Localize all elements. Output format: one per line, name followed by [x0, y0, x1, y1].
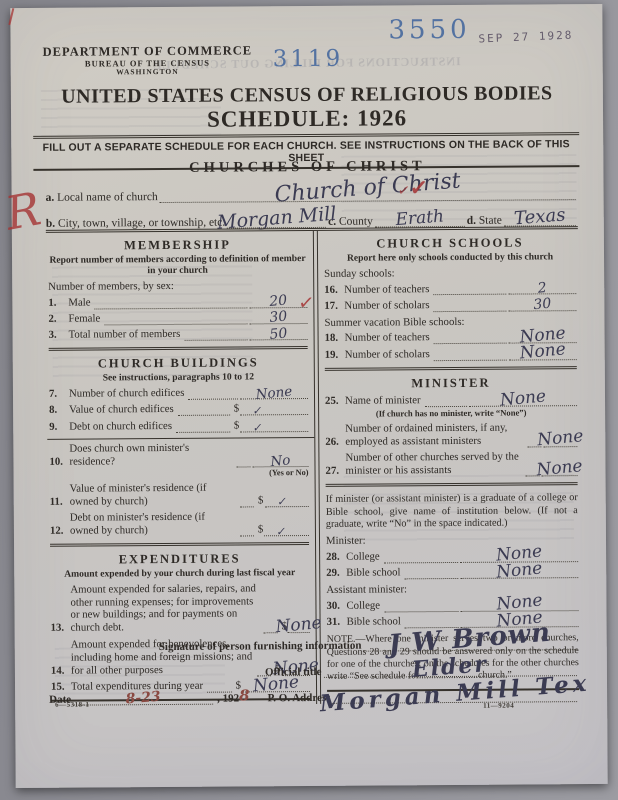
- field-a-label: Local name of church: [57, 191, 158, 204]
- row-minister-bible-school: 29. Bible school None: [326, 565, 578, 580]
- summer-scholars-value: None: [519, 340, 567, 365]
- minister-name-value: None: [499, 386, 547, 411]
- row-edifices-number: 7. Number of church edifices None: [49, 386, 308, 401]
- scanned-census-schedule: INSTRUCTIONS FOR FILLING OUT SCHEDULE 35…: [10, 4, 607, 788]
- row-ordained-ministers: 26. Number of ordained ministers, if any…: [325, 421, 577, 449]
- field-d-label: State: [479, 215, 502, 227]
- total-members-answer-line: 50: [250, 337, 308, 340]
- serial-number-stamp-top: 3550: [388, 15, 470, 46]
- female-answer-line: 30: [249, 321, 307, 324]
- total-members-value: 50: [269, 325, 288, 343]
- form-number-right: 11—9204: [483, 702, 514, 710]
- residence-debt-tick: ✓: [276, 525, 286, 539]
- sunday-teachers-value: 2: [537, 280, 547, 298]
- left-column: MEMBERSHIP Report number of members acco…: [46, 231, 317, 706]
- section-membership: MEMBERSHIP Report number of members acco…: [48, 231, 308, 351]
- schools-heading: CHURCH SCHOOLS: [324, 235, 576, 252]
- row-edifices-value: 8. Value of church edifices $ ✓: [49, 402, 308, 417]
- membership-subheading: Report number of members according to de…: [48, 253, 307, 277]
- date-value: 8-23: [125, 689, 161, 708]
- dollar-sign: $: [258, 523, 263, 536]
- red-tick-church-name: [8, 8, 14, 25]
- section-expenditures: EXPENDITURES Amount expended by your chu…: [50, 545, 310, 702]
- row-minister-name: 25. Name of minister None: [325, 393, 577, 408]
- row-running-expenses: 13. Amount expended for salaries, repair…: [50, 582, 309, 636]
- dollar-sign: $: [234, 403, 239, 416]
- year-printed: , 192: [217, 692, 239, 704]
- red-margin-mark: R: [1, 181, 45, 240]
- schedule-subtitle: SCHEDULE: 1926: [11, 104, 603, 134]
- field-d-num: d.: [467, 215, 476, 227]
- membership-intro: Number of members, by sex:: [48, 279, 307, 293]
- date-line: 8-23: [73, 703, 213, 706]
- section-church-buildings: CHURCH BUILDINGS See instructions, parag…: [49, 349, 309, 546]
- agency-block: DEPARTMENT OF COMMERCE BUREAU OF THE CEN…: [43, 44, 253, 77]
- row-residence-debt: 12. Debt on minister's residence (if own…: [50, 510, 309, 538]
- residence-value-tick: ✓: [276, 495, 286, 509]
- running-expenses-value: None: [275, 613, 323, 638]
- edifices-debt-tick: ✓: [252, 421, 262, 435]
- official-title-label: Official title: [265, 666, 322, 678]
- date-received-stamp: SEP 27 1928: [478, 28, 573, 45]
- ordained-ministers-value: None: [536, 426, 584, 451]
- sunday-schools-label: Sunday schools:: [324, 266, 576, 280]
- serial-number-stamp-center: 3119: [273, 46, 344, 72]
- dollar-sign: $: [234, 419, 239, 432]
- section-minister: MINISTER 25. Name of minister None (If c…: [325, 369, 578, 487]
- form-number-left: 6—5318-1: [55, 701, 89, 709]
- row-sunday-teachers: 16. Number of teachers 2: [324, 282, 576, 297]
- expenditures-subheading: Amount expended by your church during la…: [50, 567, 309, 580]
- denomination-heading: CHURCHES OF CHRIST: [11, 157, 603, 178]
- other-churches-value: None: [535, 456, 583, 481]
- agency-line3: WASHINGTON: [43, 67, 253, 77]
- row-edifices-debt: 9. Debt on church edifices $ ✓: [49, 419, 308, 434]
- buildings-heading: CHURCH BUILDINGS: [49, 355, 308, 372]
- row-other-churches: 27. Number of other churches served by t…: [325, 450, 577, 478]
- row-residence-value: 11. Value of minister's residence (if ow…: [50, 481, 309, 509]
- section-divider: [47, 437, 314, 440]
- minister-name-hint: (If church has no minister, write “None”…: [325, 407, 577, 419]
- graduate-instructions: If minister (or assistant minister) is a…: [326, 492, 578, 531]
- field-local-name: a. Local name of church Church of Christ: [46, 188, 578, 204]
- row-own-residence: 10. Does church own minister's residence…: [49, 441, 308, 469]
- buildings-subheading: See instructions, paragraphs 10 to 12: [49, 371, 308, 384]
- year-written: 8: [239, 686, 250, 704]
- row-female: 2. Female 30: [48, 311, 307, 326]
- sunday-scholars-value: 30: [533, 296, 552, 314]
- expenditures-heading: EXPENDITURES: [50, 551, 309, 568]
- row-total-members: 3. Total number of members 50: [49, 327, 308, 342]
- minister-bible-school-value: None: [495, 558, 543, 583]
- field-b-num: b.: [46, 218, 55, 230]
- membership-heading: MEMBERSHIP: [48, 237, 307, 254]
- male-answer-line: 20: [249, 305, 307, 308]
- edifices-number-value: None: [255, 383, 293, 403]
- field-c-label: County: [339, 216, 373, 228]
- dollar-sign: $: [258, 494, 263, 507]
- row-male: 1. Male 20: [48, 295, 307, 310]
- field-a-line: Church of Christ: [160, 198, 576, 203]
- schools-subheading: Report here only schools conducted by th…: [324, 251, 576, 264]
- own-residence-value: No: [270, 452, 291, 470]
- row-summer-scholars: 19. Number of scholars None: [325, 347, 577, 362]
- row-sunday-scholars: 17. Number of scholars 30: [324, 298, 576, 313]
- edifices-value-tick: ✓: [252, 404, 262, 418]
- po-address-line: Morgan Mill Tex: [333, 700, 578, 704]
- section-church-schools: CHURCH SCHOOLS Report here only schools …: [324, 229, 577, 371]
- signature-label: Signature of person furnishing informati…: [159, 640, 362, 653]
- yes-or-no-hint: (Yes or No): [50, 468, 309, 479]
- field-a-num: a.: [46, 192, 55, 204]
- female-value: 30: [269, 309, 288, 327]
